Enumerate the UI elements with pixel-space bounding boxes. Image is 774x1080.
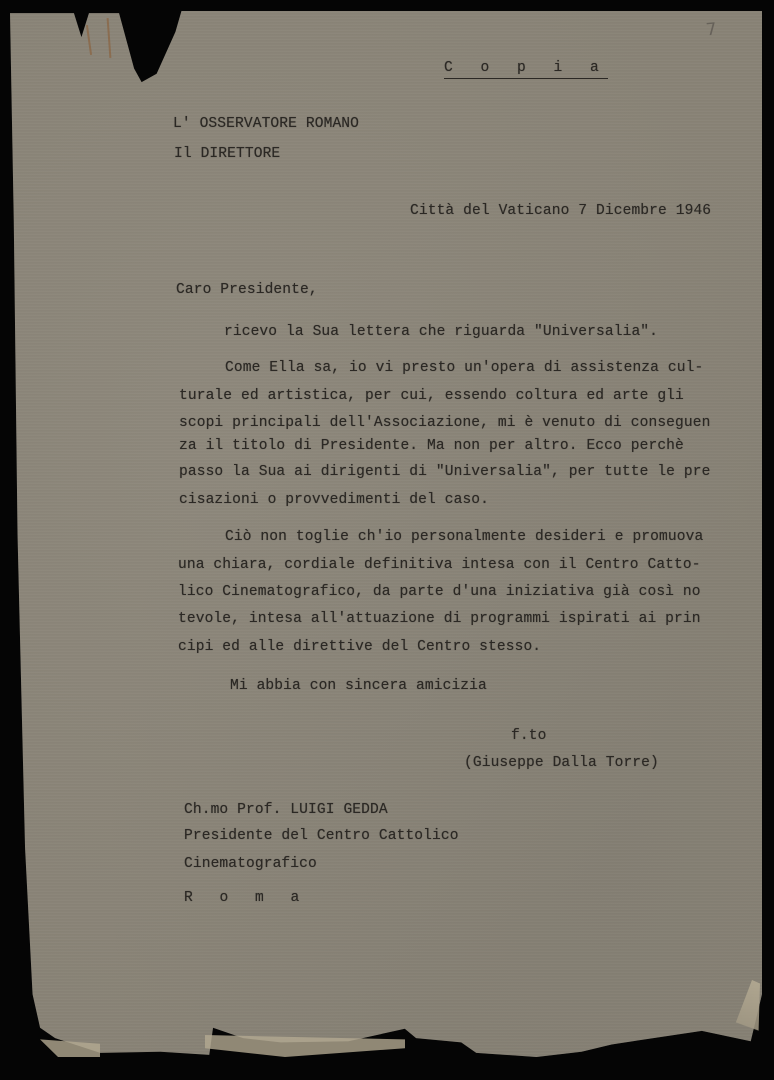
body-line: tevole, intesa all'attuazione di program… [178, 612, 701, 627]
signature-mark: f.to [511, 729, 546, 744]
handwritten-page-number: 7 [705, 19, 718, 40]
salutation: Caro Presidente, [176, 283, 318, 298]
document-heading: C o p i a [444, 61, 608, 79]
body-line: una chiara, cordiale definitiva intesa c… [178, 558, 701, 573]
place-date: Città del Vaticano 7 Dicembre 1946 [410, 204, 711, 219]
letterhead-line1: L' OSSERVATORE ROMANO [173, 117, 359, 132]
recipient-name: Ch.mo Prof. LUIGI GEDDA [184, 803, 388, 818]
paper-bottom-fold [205, 1035, 405, 1057]
body-line: lico Cinematografico, da parte d'una ini… [178, 585, 701, 600]
letterhead-line2: Il DIRETTORE [174, 147, 280, 162]
body-line: cipi ed alle direttive del Centro stesso… [178, 640, 541, 655]
scanned-document: 7 C o p i a L' OSSERVATORE ROMANO Il DIR… [0, 0, 774, 1080]
recipient-title-cont: Cinematografico [184, 857, 317, 872]
body-line: passo la Sua ai dirigenti di "Universali… [179, 465, 710, 480]
recipient-title: Presidente del Centro Cattolico [184, 829, 459, 844]
body-line: Come Ella sa, io vi presto un'opera di a… [225, 361, 703, 376]
body-line: scopi principali dell'Associazione, mi è… [179, 416, 710, 431]
body-line: turale ed artistica, per cui, essendo co… [179, 389, 684, 404]
body-line: ricevo la Sua lettera che riguarda "Univ… [224, 325, 658, 340]
body-line: cisazioni o provvedimenti del caso. [179, 493, 489, 508]
body-line: Ciò non toglie ch'io personalmente desid… [225, 530, 703, 545]
closing: Mi abbia con sincera amicizia [230, 679, 487, 694]
signatory: (Giuseppe Dalla Torre) [464, 756, 659, 771]
body-line: za il titolo di Presidente. Ma non per a… [179, 439, 684, 454]
recipient-city: R o m a [184, 891, 308, 906]
